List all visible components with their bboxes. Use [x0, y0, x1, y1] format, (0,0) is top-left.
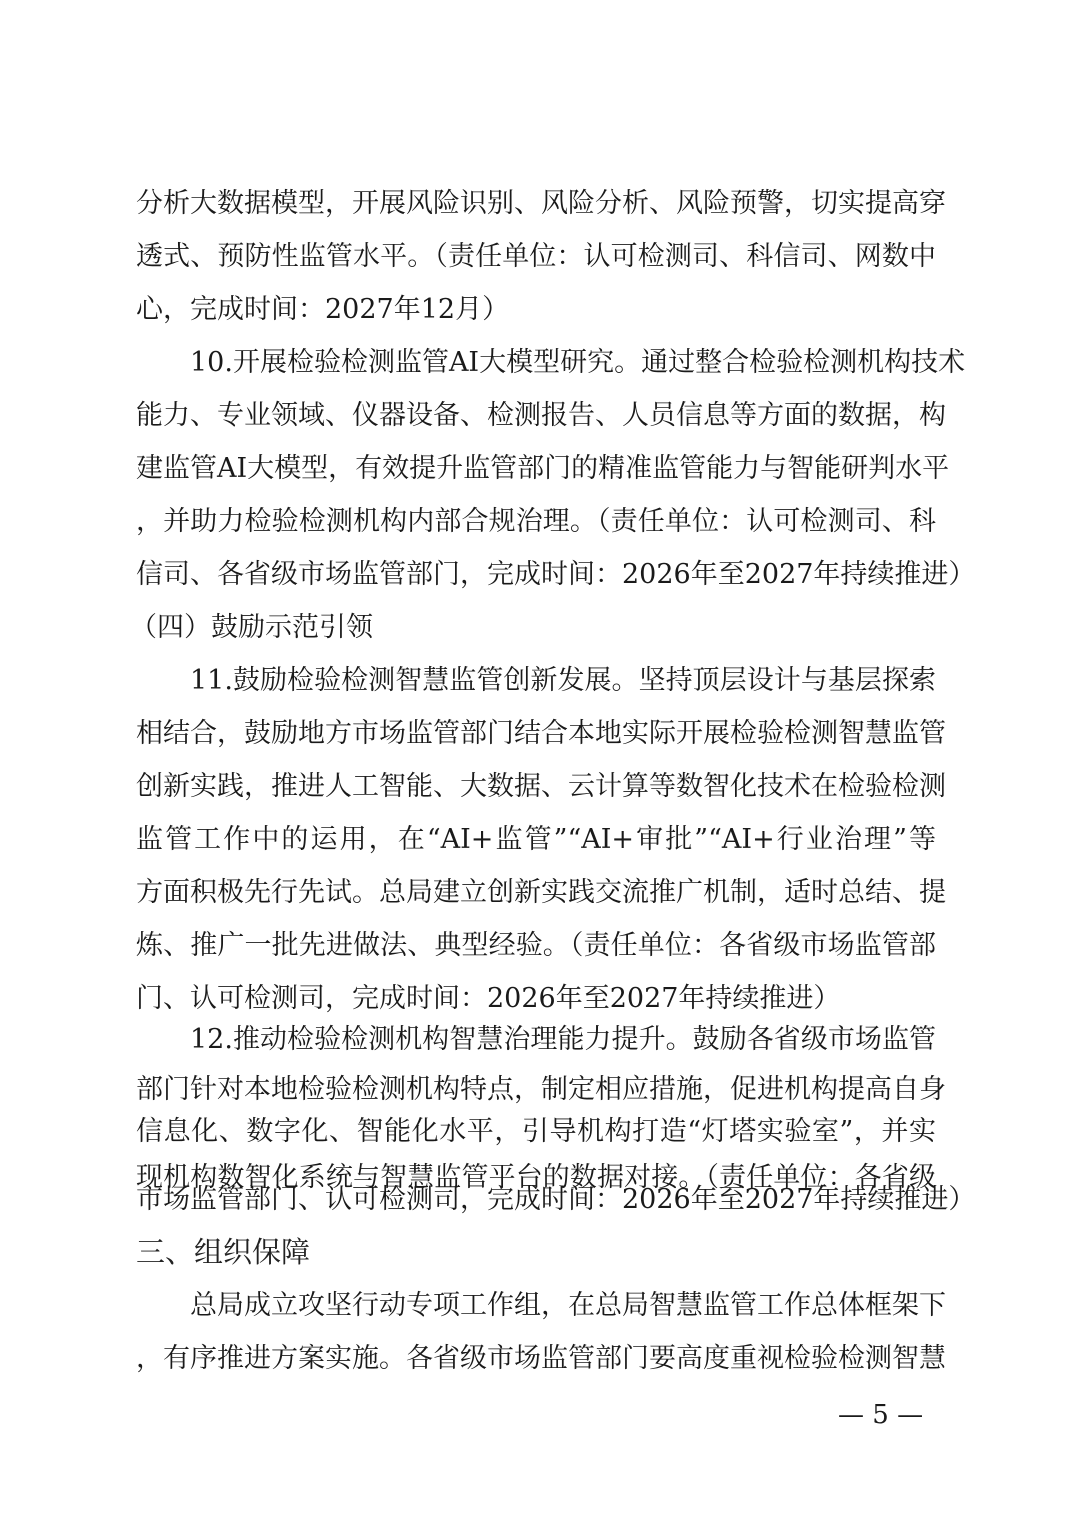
item-10-line: 建监管AI大模型，有效提升监管部门的精准监管能力与智能研判水平 [136, 449, 936, 489]
paragraph-line: 透式、预防性监管水平。（责任单位：认可检测司、科信司、网数中 [136, 237, 936, 277]
item-10-line: 信司、各省级市场监管部门，完成时间：2026年至2027年持续推进） [136, 555, 936, 595]
section-3-paragraph-line: 总局成立攻坚行动专项工作组，在总局智慧监管工作总体框架下 [190, 1286, 936, 1326]
item-10-line: ，并助力检验检测机构内部合规治理。（责任单位：认可检测司、科 [136, 502, 936, 542]
paragraph-line: 心，完成时间：2027年12月） [136, 290, 936, 330]
item-10-line: 能力、专业领域、仪器设备、检测报告、人员信息等方面的数据，构 [136, 396, 936, 436]
section-4-heading: （四）鼓励示范引领 [130, 608, 373, 648]
section-3-paragraph-line: ，有序推进方案实施。各省级市场监管部门要高度重视检验检测智慧 [136, 1339, 936, 1379]
item-12-line: 部门针对本地检验检测机构特点，制定相应措施，促进机构提高自身 [136, 1070, 936, 1110]
item-11-line: 监管工作中的运用，在“AI+监管”“AI+审批”“AI+行业治理”等 [136, 820, 936, 860]
paragraph-line: 分析大数据模型，开展风险识别、风险分析、风险预警，切实提高穿 [136, 184, 936, 224]
item-11-line: 11.鼓励检验检测智慧监管创新发展。坚持顶层设计与基层探索 [190, 661, 936, 701]
section-3-heading: 三、组织保障 [136, 1232, 310, 1272]
item-11-line: 相结合，鼓励地方市场监管部门结合本地实际开展检验检测智慧监管 [136, 714, 936, 754]
page-number: — 5 — [838, 1397, 923, 1433]
item-12-line: 12.推动检验检测机构智慧治理能力提升。鼓励各省级市场监管 [190, 1020, 936, 1060]
item-12-line: 市场监管部门、认可检测司，完成时间：2026年至2027年持续推进） [136, 1180, 936, 1220]
item-10-line: 10.开展检验检测监管AI大模型研究。通过整合检验检测机构技术 [190, 343, 936, 383]
item-11-line: 门、认可检测司，完成时间：2026年至2027年持续推进） [136, 979, 936, 1019]
item-11-line: 创新实践，推进人工智能、大数据、云计算等数智化技术在检验检测 [136, 767, 936, 807]
item-12-line: 信息化、数字化、智能化水平，引导机构打造“灯塔实验室”，并实 [136, 1112, 936, 1152]
item-11-line: 炼、推广一批先进做法、典型经验。（责任单位：各省级市场监管部 [136, 926, 936, 966]
item-11-line: 方面积极先行先试。总局建立创新实践交流推广机制，适时总结、提 [136, 873, 936, 913]
